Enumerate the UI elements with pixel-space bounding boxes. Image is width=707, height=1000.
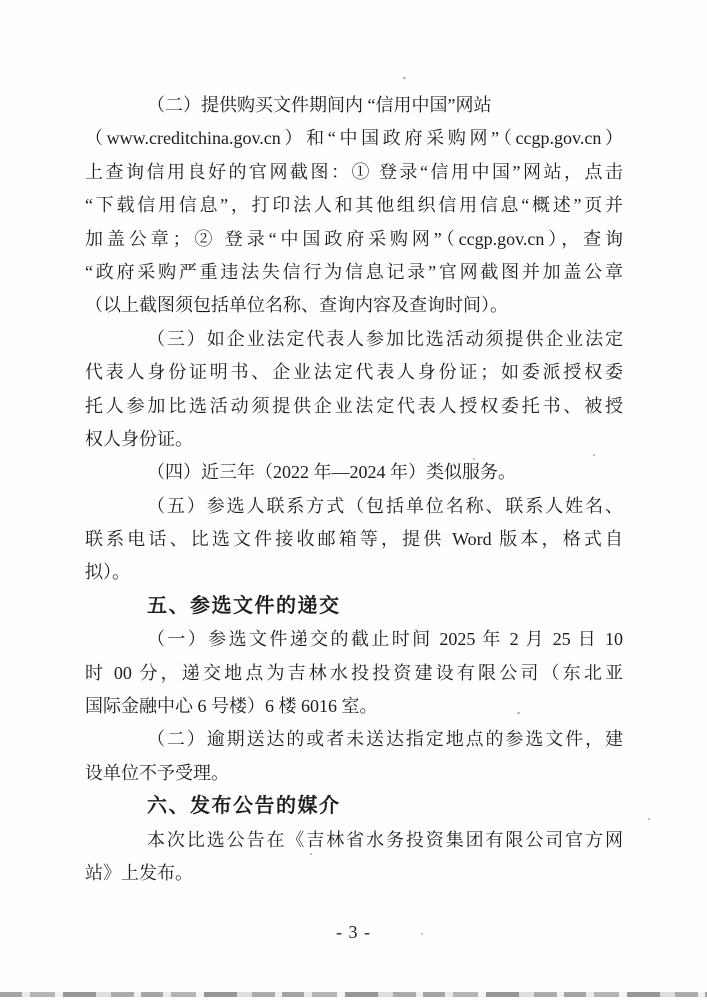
scan-speck — [517, 712, 520, 714]
doc-line: （二）提供购买文件期间内 “信用中国”网站 — [85, 89, 623, 122]
doc-line: 上查询信用良好的官网截图：① 登录“信用中国”网站，点击 — [85, 156, 623, 189]
scanned-document-page: （二）提供购买文件期间内 “信用中国”网站 （www.creditchina.g… — [0, 0, 707, 1000]
doc-line: （三）如企业法定代表人参加比选活动须提供企业法定 — [85, 323, 623, 356]
doc-line: 拟）。 — [85, 556, 623, 589]
doc-line: “下载信用信息”，打印法人和其他组织信用信息“概述”页并 — [85, 189, 623, 222]
doc-line: 国际金融中心 6 号楼）6 楼 6016 室。 — [85, 690, 623, 723]
doc-line: 时 00 分，递交地点为吉林水投投资建设有限公司（东北亚 — [85, 657, 623, 690]
doc-line: （五）参选人联系方式（包括单位名称、联系人姓名、 — [85, 490, 623, 523]
scan-speck — [593, 454, 595, 456]
doc-line: （www.creditchina.gov.cn）和“中国政府采购网”（ccgp.… — [85, 122, 623, 155]
scan-speck — [421, 933, 423, 935]
scan-speck — [473, 458, 475, 460]
doc-line: 联系电话、比选文件接收邮箱等，提供 Word 版本，格式自 — [85, 523, 623, 556]
doc-line: （一）参选文件递交的截止时间 2025 年 2 月 25 日 10 — [85, 623, 623, 656]
scan-speck — [403, 77, 406, 79]
doc-line: （二）逾期送达的或者未送达指定地点的参选文件，建 — [85, 723, 623, 756]
doc-line: “政府采购严重违法失信行为信息记录”官网截图并加盖公章 — [85, 256, 623, 289]
document-body: （二）提供购买文件期间内 “信用中国”网站 （www.creditchina.g… — [85, 89, 623, 890]
doc-line: 托人参加比选活动须提供企业法定代表人授权委托书、被授 — [85, 390, 623, 423]
page-number: - 3 - — [0, 922, 707, 943]
doc-line: 站》上发布。 — [85, 857, 623, 890]
doc-line: 代表人身份证明书、企业法定代表人身份证；如委派授权委 — [85, 356, 623, 389]
scan-speck — [310, 853, 312, 855]
doc-line: 设单位不予受理。 — [85, 757, 623, 790]
doc-line: （四）近三年（2022 年—2024 年）类似服务。 — [85, 456, 623, 489]
section-heading-5: 五、参选文件的递交 — [85, 590, 623, 623]
doc-line: 本次比选公告在《吉林省水务投资集团有限公司官方网 — [85, 824, 623, 857]
doc-line: （以上截图须包括单位名称、查询内容及查询时间）。 — [85, 289, 623, 322]
scan-speck — [648, 818, 650, 820]
section-heading-6: 六、发布公告的媒介 — [85, 790, 623, 823]
doc-line: 权人身份证。 — [85, 423, 623, 456]
doc-line: 加盖公章；② 登录“中国政府采购网”（ccgp.gov.cn），查询 — [85, 223, 623, 256]
scanner-edge-artifact — [0, 992, 707, 997]
